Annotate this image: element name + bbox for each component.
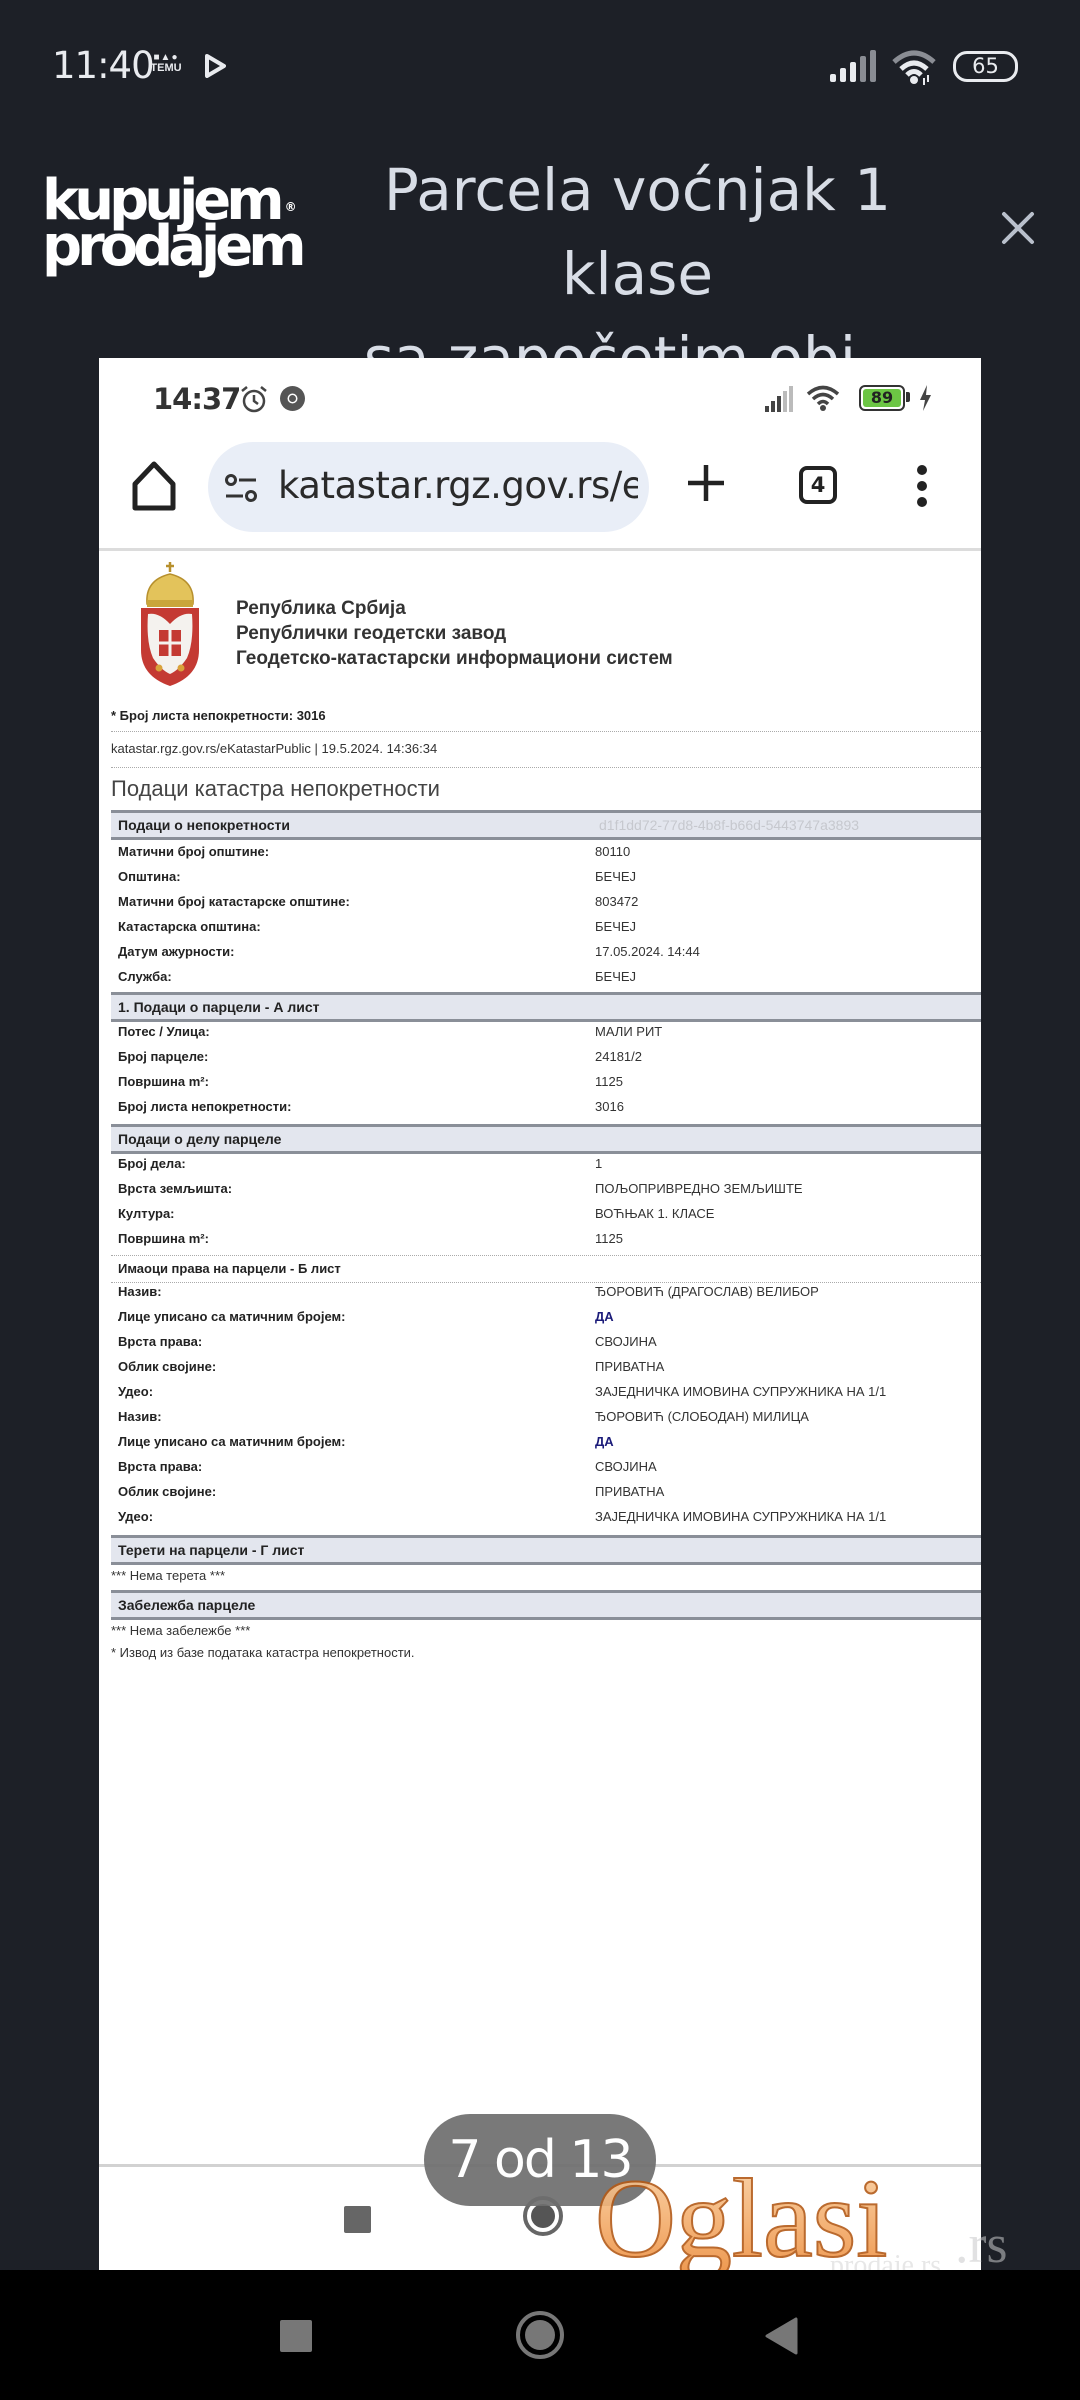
section-title: Подаци о непокретности xyxy=(118,817,290,833)
row-value: БЕЧЕЈ xyxy=(595,869,636,884)
row-label: Врста права: xyxy=(118,1459,202,1474)
section-title: Забележба парцеле xyxy=(118,1597,255,1613)
row-value: БЕЧЕЈ xyxy=(595,919,636,934)
row-value: ПОЉОПРИВРЕДНО ЗЕМЉИШТЕ xyxy=(595,1181,803,1196)
row-label: Врста земљишта: xyxy=(118,1181,232,1196)
wifi-icon xyxy=(890,48,938,86)
logo-mark: ® xyxy=(285,200,297,214)
section-header-parcel-part: Подаци о делу парцеле xyxy=(111,1124,981,1154)
row-value: ВОЋЊАК 1. КЛАСЕ xyxy=(595,1206,714,1221)
section-header-notes: Забележба парцеле xyxy=(111,1590,981,1620)
serbia-coat-of-arms-icon xyxy=(139,562,201,687)
row-label: Број дела: xyxy=(118,1156,186,1171)
back-button[interactable] xyxy=(764,2317,798,2355)
row-label: Назив: xyxy=(118,1409,162,1424)
row-label: Облик својине: xyxy=(118,1359,216,1374)
row-label: Општина: xyxy=(118,869,181,884)
divider xyxy=(111,731,981,732)
title-line-1: Parcela voćnjak 1 klase xyxy=(300,148,975,316)
divider xyxy=(111,767,981,768)
row-label: Лице уписано са матичним бројем: xyxy=(118,1434,345,1449)
row-value: ДА xyxy=(595,1434,614,1449)
status-time: 11:40 xyxy=(52,44,154,87)
row-label: Лице уписано са матичним бројем: xyxy=(118,1309,345,1324)
section-title: Подаци о делу парцеле xyxy=(118,1131,281,1147)
section-header-property: Подаци о непокретности d1f1dd72-77d8-4b8… xyxy=(111,810,981,840)
row-value: 803472 xyxy=(595,894,638,909)
row-label: Служба: xyxy=(118,969,172,984)
gallery-image[interactable]: 14:37 89 katastar.rgz.gov xyxy=(99,358,981,2270)
org-line-system: Геодетско-катастарски информациони систе… xyxy=(236,646,673,671)
signal-icon xyxy=(828,50,880,82)
section-header-parcel-a: 1. Подаци о парцели - А лист xyxy=(111,992,981,1022)
recents-button[interactable] xyxy=(280,2320,312,2352)
url-text[interactable]: katastar.rgz.gov.rs/eK xyxy=(278,464,638,507)
org-line-country: Република Србија xyxy=(236,596,673,621)
footer-note: * Извод из базе података катастра непокр… xyxy=(111,1645,415,1660)
section-title: 1. Подаци о парцели - А лист xyxy=(118,999,319,1015)
row-value: 17.05.2024. 14:44 xyxy=(595,944,700,959)
battery-tip xyxy=(906,392,910,402)
sheet-number-note: * Број листа непокретности: 3016 xyxy=(111,708,326,723)
source-line: katastar.rgz.gov.rs/eKatastarPublic | 19… xyxy=(111,741,437,756)
row-label: Површина m²: xyxy=(118,1231,209,1246)
inner-signal-icon xyxy=(764,386,794,412)
row-label: Матични број општине: xyxy=(118,844,269,859)
row-value: 1125 xyxy=(595,1074,623,1089)
inner-wifi-icon xyxy=(806,384,840,412)
row-value: 24181/2 xyxy=(595,1049,642,1064)
kupujemprodajem-logo[interactable]: kupujem® prodajem xyxy=(42,178,287,270)
site-settings-icon[interactable] xyxy=(224,474,258,502)
row-label: Катастарска општина: xyxy=(118,919,261,934)
row-label: Удео: xyxy=(118,1509,153,1524)
section-title: Терети на парцели - Г лист xyxy=(118,1542,304,1558)
toolbar-divider xyxy=(99,548,981,551)
divider xyxy=(111,1282,981,1283)
row-value: ПРИВАТНА xyxy=(595,1359,664,1374)
divider xyxy=(111,1255,981,1256)
row-value: БЕЧЕЈ xyxy=(595,969,636,984)
row-value: ДА xyxy=(595,1309,614,1324)
row-label: Назив: xyxy=(118,1284,162,1299)
page-title: Подаци катастра непокретности xyxy=(111,776,440,802)
charging-icon xyxy=(917,384,933,412)
row-value: ПРИВАТНА xyxy=(595,1484,664,1499)
inner-battery-level: 89 xyxy=(863,389,901,407)
row-label: Матични број катастарске општине: xyxy=(118,894,350,909)
battery-indicator: 65 xyxy=(953,51,1018,82)
row-value: ЂОРОВИЋ (ДРАГОСЛАВ) ВЕЛИБОР xyxy=(595,1284,819,1299)
notification-app-label: TEMU xyxy=(146,63,186,74)
row-value: МАЛИ РИТ xyxy=(595,1024,662,1039)
row-value: 1 xyxy=(595,1156,602,1171)
inner-status-time: 14:37 xyxy=(153,382,240,416)
chrome-icon xyxy=(279,385,306,412)
tab-switcher-button[interactable]: 4 xyxy=(799,466,837,504)
alarm-icon xyxy=(239,384,269,414)
row-value: СВОЈИНА xyxy=(595,1459,657,1474)
home-button[interactable] xyxy=(516,2311,564,2359)
section-title-owners: Имаоци права на парцели - Б лист xyxy=(118,1261,341,1276)
logo-line-2: prodajem xyxy=(42,224,287,270)
row-value: 3016 xyxy=(595,1099,624,1114)
row-value: ЗАЈЕДНИЧКА ИМОВИНА СУПРУЖНИКА НА 1/1 xyxy=(595,1384,886,1399)
section-header-burdens: Терети на парцели - Г лист xyxy=(111,1535,981,1565)
row-label: Површина m²: xyxy=(118,1074,209,1089)
org-header: Република Србија Републички геодетски за… xyxy=(236,596,673,671)
notes-note: *** Нема забележбе *** xyxy=(111,1623,250,1638)
row-label: Број листа непокретности: xyxy=(118,1099,291,1114)
row-label: Удео: xyxy=(118,1384,153,1399)
property-id: d1f1dd72-77d8-4b8f-b66d-5443747a3893 xyxy=(599,817,859,833)
row-label: Култура: xyxy=(118,1206,175,1221)
close-icon[interactable] xyxy=(996,206,1040,250)
oglasi-watermark-logo: .rs prodaje.rs Oglasi xyxy=(595,2152,1035,2282)
new-tab-icon[interactable] xyxy=(685,462,727,504)
row-value: СВОЈИНА xyxy=(595,1334,657,1349)
row-label: Датум ажурности: xyxy=(118,944,234,959)
more-menu-icon[interactable] xyxy=(915,464,929,508)
row-value: ЂОРОВИЋ (СЛОБОДАН) МИЛИЦА xyxy=(595,1409,809,1424)
row-label: Облик својине: xyxy=(118,1484,216,1499)
row-value: ЗАЈЕДНИЧКА ИМОВИНА СУПРУЖНИКА НА 1/1 xyxy=(595,1509,886,1524)
url-bar[interactable]: katastar.rgz.gov.rs/eK xyxy=(208,442,649,532)
temu-notification-icon: ■▲● TEMU xyxy=(146,52,186,74)
watermark-suffix: .rs xyxy=(955,2214,1008,2274)
row-label: Број парцеле: xyxy=(118,1049,208,1064)
row-value: 1125 xyxy=(595,1231,623,1246)
play-store-icon xyxy=(204,54,226,78)
home-icon[interactable] xyxy=(129,458,179,514)
svg-text:Oglasi: Oglasi xyxy=(595,2157,887,2281)
org-line-institute: Републички геодетски завод xyxy=(236,621,673,646)
row-label: Врста права: xyxy=(118,1334,202,1349)
burdens-note: *** Нема терета *** xyxy=(111,1568,225,1583)
row-label: Потес / Улица: xyxy=(118,1024,210,1039)
inner-recents-icon xyxy=(344,2206,371,2233)
inner-battery-indicator: 89 xyxy=(859,385,905,411)
row-value: 80110 xyxy=(595,844,630,859)
